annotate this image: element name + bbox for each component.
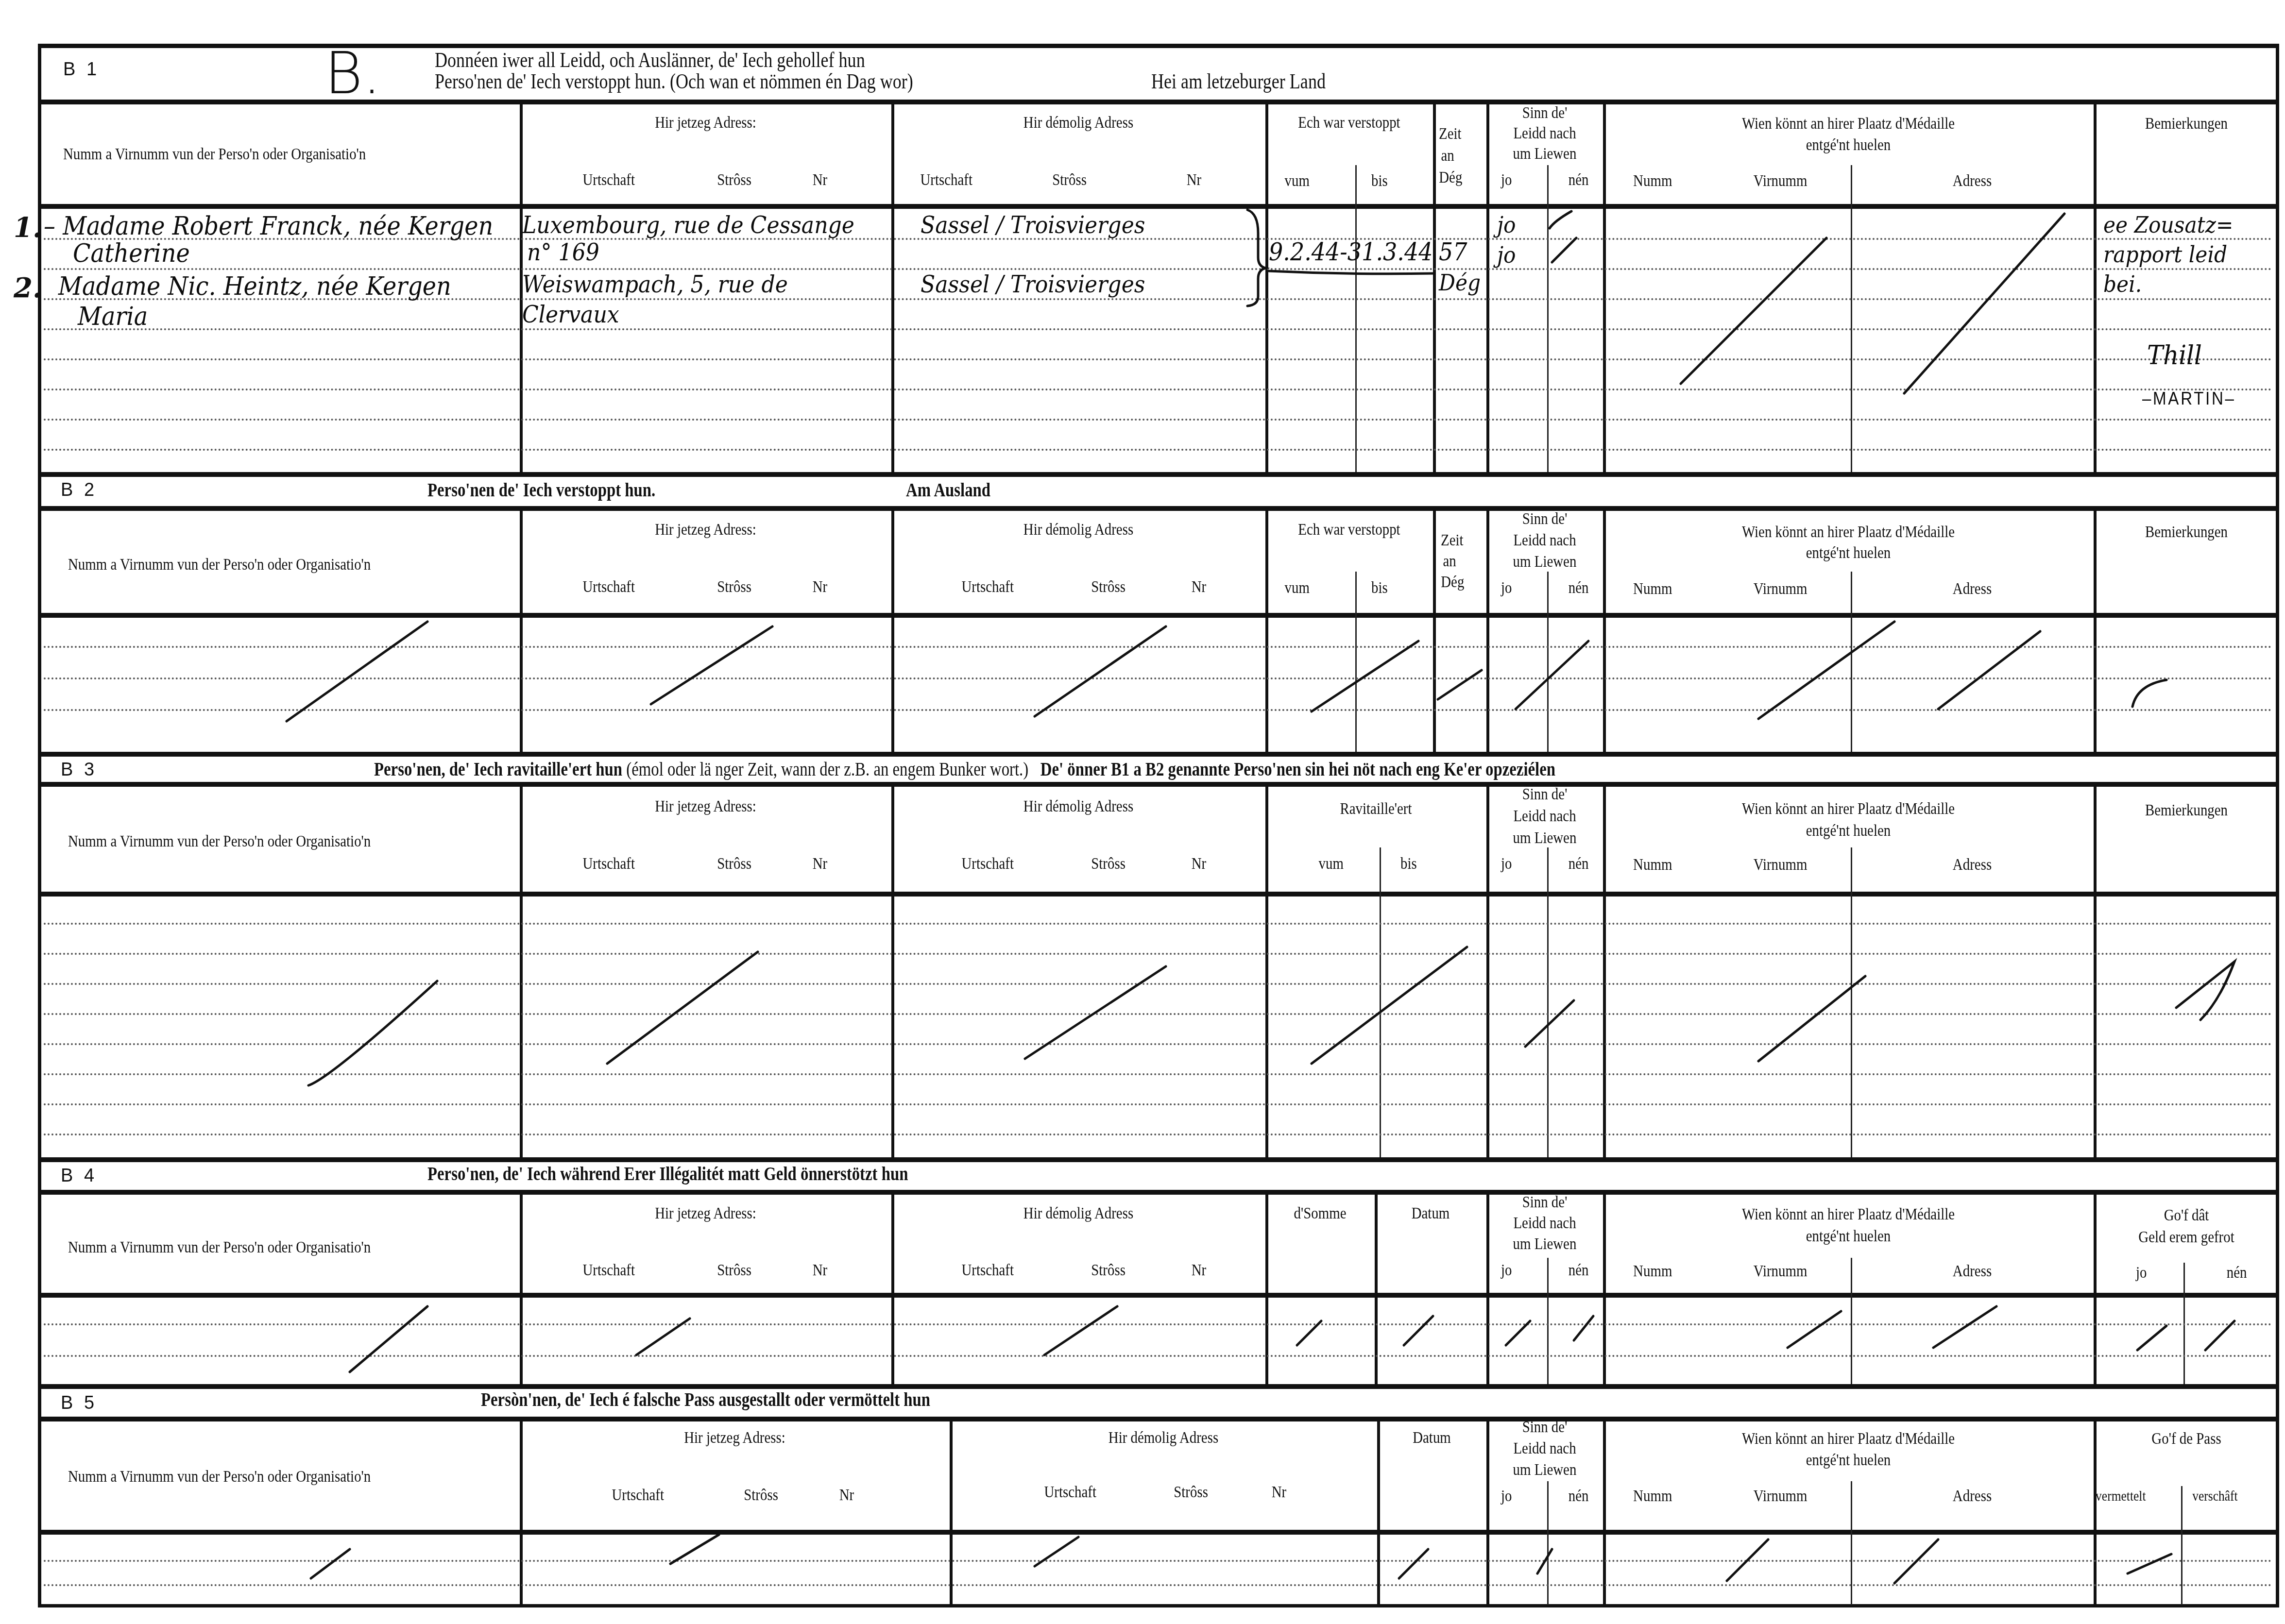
column-rule: [520, 508, 523, 752]
header-money-1: Go'f dât: [2108, 1205, 2266, 1226]
header-yes: jo: [2136, 1263, 2147, 1284]
header-nr: Nr: [1192, 1260, 1207, 1281]
header-saved-3: um Liewen: [1495, 144, 1594, 165]
section-label-b3: B 3: [61, 760, 97, 780]
section-title-b3-paren: (émol oder lä nger Zeit, wann der z.B. a…: [626, 758, 1028, 780]
header-stross: Strôss: [744, 1485, 778, 1506]
entry-current-address-2: n° 169: [527, 239, 599, 266]
entry-days: 57: [1439, 238, 1467, 266]
header-current-address: Hir jetzeg Adress:: [547, 113, 863, 134]
column-rule: [1377, 1419, 1380, 1605]
header-supplied: Ravitaille'ert: [1282, 799, 1470, 820]
header-money-2: Geld erem gefrot: [2108, 1227, 2266, 1248]
header-name: Numm a Virnumm vun der Perso'n oder Orga…: [68, 555, 371, 575]
header-stross: Strôss: [717, 577, 751, 598]
column-rule: [1486, 1419, 1489, 1605]
rule: [38, 892, 2279, 897]
column-rule: [1486, 784, 1489, 1157]
header-zeit-deg: Dég: [1439, 168, 1462, 188]
header-saved-3: um Liewen: [1495, 1234, 1594, 1255]
header-from: vum: [1285, 578, 1310, 599]
header-yes: jo: [1501, 1486, 1512, 1507]
header-zeit: Zeit: [1439, 124, 1462, 145]
header-to: bis: [1400, 854, 1417, 875]
column-rule: [1547, 1258, 1549, 1384]
header-zeit-deg: Dég: [1441, 572, 1464, 593]
column-rule: [2094, 784, 2097, 1157]
header-saved-2: Leidd nach: [1495, 806, 1594, 827]
rule: [38, 1530, 2279, 1535]
header-nr: Nr: [813, 1260, 828, 1281]
section-title-b3-suffix: De' önner B1 a B2 genannte Perso'nen sin…: [1040, 758, 1555, 780]
section-title-b1-suffix: Hei am letzeburger Land: [1151, 69, 1326, 94]
header-name: Numm a Virnumm vun der Perso'n oder Orga…: [68, 831, 371, 852]
dotted-row-line: [44, 419, 2273, 421]
header-remarks: Bemierkungen: [2108, 114, 2266, 135]
section-title-b2-suffix: Am Ausland: [906, 478, 990, 501]
header-medal-1: Wien könnt an hirer Plaatz d'Médaille: [1640, 114, 2057, 135]
section-label-b2: B 2: [61, 480, 97, 501]
rule: [38, 613, 2279, 618]
dotted-row-line: [44, 953, 2273, 955]
header-nr: Nr: [813, 170, 828, 191]
section-title-b5: Persòn'nen, de' Iech é falsche Pass ausg…: [481, 1388, 930, 1411]
header-no: nén: [1569, 578, 1589, 599]
header-numm: Numm: [1633, 579, 1672, 600]
dotted-row-line: [44, 268, 2273, 270]
column-rule: [1851, 572, 1852, 752]
form-letter: B.: [324, 45, 381, 103]
header-virnumm: Virnumm: [1754, 579, 1808, 600]
section-title-b1-line2: Perso'nen de' Iech verstoppt hun. (Och w…: [435, 69, 913, 94]
section-label-b1: B 1: [63, 59, 100, 80]
column-rule: [1265, 784, 1268, 1157]
header-urtschaft: Urtschaft: [582, 170, 635, 191]
header-numm: Numm: [1633, 1486, 1672, 1507]
column-rule: [891, 102, 894, 472]
header-nr: Nr: [813, 577, 828, 598]
header-saved-1: Sinn de': [1495, 1192, 1594, 1213]
entry-hidden-period: 9.2.44-31.3.44: [1269, 238, 1432, 266]
header-numm: Numm: [1633, 855, 1672, 876]
header-saved-3: um Liewen: [1495, 828, 1594, 849]
header-former-address: Hir démolig Adress: [920, 1203, 1238, 1224]
header-urtschaft: Urtschaft: [582, 577, 635, 598]
header-saved-3: um Liewen: [1495, 552, 1594, 573]
dotted-row-line: [44, 709, 2273, 711]
header-virnumm: Virnumm: [1754, 855, 1808, 876]
entry-name: Madame Nic. Heintz, née Kergen: [58, 272, 451, 301]
header-no: nén: [1569, 854, 1589, 875]
dotted-row-line: [44, 1323, 2273, 1325]
section-title-b2: Perso'nen de' Iech verstoppt hun.: [427, 478, 655, 501]
header-numm: Numm: [1633, 1261, 1672, 1282]
header-medal-2: entgé'nt huelen: [1640, 543, 2057, 564]
header-nr: Nr: [1272, 1482, 1287, 1503]
dotted-row-line: [44, 358, 2273, 360]
header-hidden: Ech war verstoppt: [1278, 520, 1420, 541]
dotted-row-line: [44, 923, 2273, 925]
entry-number: 2.: [14, 272, 42, 304]
rule: [38, 1293, 2279, 1298]
column-rule: [2181, 1486, 2183, 1605]
header-remarks: Bemierkungen: [2108, 800, 2266, 821]
header-urtschaft: Urtschaft: [920, 170, 972, 191]
dotted-row-line: [44, 1043, 2273, 1045]
header-name: Numm a Virnumm vun der Perso'n oder Orga…: [63, 144, 366, 165]
column-rule: [1433, 102, 1436, 472]
column-rule: [1851, 1258, 1852, 1384]
column-rule: [1851, 847, 1852, 1157]
rule: [38, 1190, 2279, 1195]
header-adress: Adress: [1869, 1486, 2076, 1507]
header-stross: Strôss: [1174, 1482, 1208, 1503]
rule: [38, 782, 2279, 787]
section-title-b4: Perso'nen, de' Iech während Erer Illégal…: [427, 1162, 908, 1185]
header-medal-2: entgé'nt huelen: [1640, 821, 2057, 842]
entry-name-given: Maria: [78, 302, 148, 331]
header-saved-2: Leidd nach: [1495, 1438, 1594, 1459]
header-stross: Strôss: [1091, 854, 1125, 875]
header-current-address: Hir jetzeg Adress:: [547, 796, 863, 817]
entry-current-address: Weiswampach, 5, rue de: [522, 271, 788, 298]
dotted-row-line: [44, 389, 2273, 390]
header-numm: Numm: [1633, 171, 1672, 192]
column-rule: [1603, 508, 1606, 752]
entry-name: – Madame Robert Franck, née Kergen: [44, 212, 493, 241]
column-rule: [1486, 102, 1489, 472]
header-nr: Nr: [813, 854, 828, 875]
header-saved-1: Sinn de': [1495, 103, 1594, 124]
dotted-row-line: [44, 1013, 2273, 1015]
header-saved-2: Leidd nach: [1495, 1213, 1594, 1234]
remarks-line3: bei.: [2103, 271, 2142, 297]
column-rule: [1355, 165, 1357, 472]
dotted-row-line: [44, 1355, 2273, 1357]
header-medal-1: Wien könnt an hirer Plaatz d'Médaille: [1640, 1204, 2057, 1225]
dotted-row-line: [44, 449, 2273, 451]
rule: [38, 204, 2279, 209]
header-sum: d'Somme: [1274, 1203, 1366, 1224]
column-rule: [1265, 102, 1268, 472]
column-rule: [891, 508, 894, 752]
header-former-address: Hir démolig Adress: [920, 113, 1238, 134]
header-medal-2: entgé'nt huelen: [1640, 1450, 2057, 1471]
header-virnumm: Virnumm: [1754, 171, 1808, 192]
header-former-address: Hir démolig Adress: [920, 520, 1238, 541]
header-virnumm: Virnumm: [1754, 1261, 1808, 1282]
header-name: Numm a Virnumm vun der Perso'n oder Orga…: [68, 1467, 371, 1488]
header-adress: Adress: [1869, 855, 2076, 876]
entry-former-address: Sassel / Troisvierges: [921, 212, 1145, 239]
header-urtschaft: Urtschaft: [1044, 1482, 1096, 1503]
section-label-b5: B 5: [61, 1393, 97, 1414]
header-yes: jo: [1501, 1260, 1512, 1281]
remarks-line2: rapport leid: [2103, 241, 2227, 268]
header-stross: Strôss: [1091, 577, 1125, 598]
header-remarks: Bemierkungen: [2108, 522, 2266, 543]
header-mediated: vermettelt: [2096, 1487, 2146, 1506]
header-former-address: Hir démolig Adress: [982, 1428, 1345, 1449]
column-rule: [1486, 508, 1489, 752]
header-name: Numm a Virnumm vun der Perso'n oder Orga…: [68, 1237, 371, 1258]
rule: [38, 752, 2279, 757]
header-date: Datum: [1383, 1203, 1478, 1224]
header-adress: Adress: [1869, 579, 2076, 600]
rule: [38, 1417, 2279, 1421]
header-nr: Nr: [1187, 170, 1202, 191]
column-rule: [1547, 1481, 1549, 1605]
header-pass: Go'f de Pass: [2108, 1429, 2266, 1450]
header-saved-1: Sinn de': [1495, 1417, 1594, 1438]
section-title-b3: Perso'nen, de' Iech ravitaille'ert hun (…: [374, 758, 1555, 780]
header-no: nén: [1569, 1260, 1589, 1281]
entry-name-given: Catherine: [73, 239, 190, 268]
header-medal-1: Wien könnt an hirer Plaatz d'Médaille: [1640, 799, 2057, 820]
header-adress: Adress: [1869, 1261, 2076, 1282]
header-urtschaft: Urtschaft: [961, 854, 1014, 875]
header-yes: jo: [1501, 578, 1512, 599]
rule: [38, 1384, 2279, 1389]
header-date: Datum: [1385, 1428, 1478, 1449]
header-stross: Strôss: [717, 170, 751, 191]
header-urtschaft: Urtschaft: [582, 854, 635, 875]
column-rule: [1603, 784, 1606, 1157]
column-rule: [2094, 508, 2097, 752]
signer-name: –MARTIN–: [2142, 389, 2236, 409]
entry-former-address: Sassel / Troisvierges: [921, 271, 1145, 298]
header-urtschaft: Urtschaft: [582, 1260, 635, 1281]
dotted-row-line: [44, 1073, 2273, 1075]
header-no: nén: [1569, 170, 1589, 191]
section-label-b4: B 4: [61, 1166, 97, 1186]
column-rule: [2094, 102, 2097, 472]
header-zeit: Zeit: [1441, 530, 1464, 551]
header-from: vum: [1285, 171, 1310, 192]
column-rule: [1547, 572, 1549, 752]
column-rule: [1547, 847, 1549, 1157]
rule: [38, 506, 2279, 511]
column-rule: [2094, 1419, 2097, 1605]
signature: Thill: [2147, 340, 2202, 371]
column-rule: [1380, 847, 1381, 1157]
header-zeit-an: an: [1443, 551, 1456, 572]
entry-number: 1.: [14, 212, 42, 244]
dotted-row-line: [44, 1133, 2273, 1135]
header-saved-3: um Liewen: [1495, 1460, 1594, 1481]
rule: [38, 1157, 2279, 1162]
header-nr: Nr: [1192, 577, 1207, 598]
dotted-row-line: [44, 1560, 2273, 1562]
column-rule: [1851, 165, 1852, 472]
column-rule: [1355, 572, 1357, 752]
column-rule: [891, 784, 894, 1157]
header-medal-1: Wien könnt an hirer Plaatz d'Médaille: [1640, 1429, 2057, 1450]
header-saved-2: Leidd nach: [1495, 530, 1594, 551]
header-nr: Nr: [839, 1485, 854, 1506]
header-urtschaft: Urtschaft: [612, 1485, 664, 1506]
dotted-row-line: [44, 677, 2273, 679]
header-no: nén: [2227, 1263, 2247, 1284]
column-rule: [1603, 1419, 1606, 1605]
header-stross: Strôss: [717, 854, 751, 875]
dotted-row-line: [44, 1103, 2273, 1105]
header-to: bis: [1371, 171, 1388, 192]
header-saved-1: Sinn de': [1495, 784, 1594, 805]
column-rule: [1265, 508, 1268, 752]
column-rule: [520, 784, 523, 1157]
dotted-row-line: [44, 646, 2273, 648]
header-current-address: Hir jetzeg Adress:: [547, 520, 863, 541]
rule: [38, 472, 2279, 477]
column-rule: [1603, 102, 1606, 472]
entry-days-unit: Dég: [1439, 270, 1481, 296]
header-former-address: Hir démolig Adress: [920, 796, 1238, 817]
header-current-address: Hir jetzeg Adress:: [547, 1203, 863, 1224]
header-stross: Strôss: [717, 1260, 751, 1281]
header-saved-2: Leidd nach: [1495, 123, 1594, 144]
header-to: bis: [1371, 578, 1388, 599]
header-yes: jo: [1501, 854, 1512, 875]
header-saved-1: Sinn de': [1495, 509, 1594, 530]
header-nr: Nr: [1192, 854, 1207, 875]
header-virnumm: Virnumm: [1754, 1486, 1808, 1507]
column-rule: [1547, 165, 1549, 472]
dotted-row-line: [44, 983, 2273, 985]
section-title-b3-main: Perso'nen, de' Iech ravitaille'ert hun: [374, 758, 622, 780]
column-rule: [950, 1419, 953, 1605]
entry-saved-yes: jo: [1497, 242, 1516, 268]
remarks-line1: ee Zousatz=: [2103, 212, 2233, 238]
header-stross: Strôss: [1052, 170, 1087, 191]
header-hidden: Ech war verstoppt: [1278, 113, 1420, 134]
header-no: nén: [1569, 1486, 1589, 1507]
column-rule: [1851, 1481, 1852, 1605]
header-medal-2: entgé'nt huelen: [1640, 135, 2057, 156]
column-rule: [520, 1419, 523, 1605]
header-yes: jo: [1501, 170, 1512, 191]
header-urtschaft: Urtschaft: [961, 1260, 1014, 1281]
header-from: vum: [1319, 854, 1344, 875]
header-adress: Adress: [1869, 171, 2076, 192]
header-zeit-an: an: [1441, 146, 1454, 167]
entry-saved-yes: jo: [1497, 212, 1516, 238]
entry-current-address-2: Clervaux: [522, 301, 619, 328]
header-urtschaft: Urtschaft: [961, 577, 1014, 598]
header-current-address: Hir jetzeg Adress:: [552, 1428, 917, 1449]
column-rule: [1433, 508, 1436, 752]
dotted-row-line: [44, 1584, 2273, 1586]
dotted-row-line: [44, 328, 2273, 330]
header-medal-1: Wien könnt an hirer Plaatz d'Médaille: [1640, 522, 2057, 543]
header-provided: verschâft: [2192, 1487, 2237, 1506]
entry-current-address: Luxembourg, rue de Cessange: [522, 212, 854, 239]
header-medal-2: entgé'nt huelen: [1640, 1226, 2057, 1247]
header-stross: Strôss: [1091, 1260, 1125, 1281]
